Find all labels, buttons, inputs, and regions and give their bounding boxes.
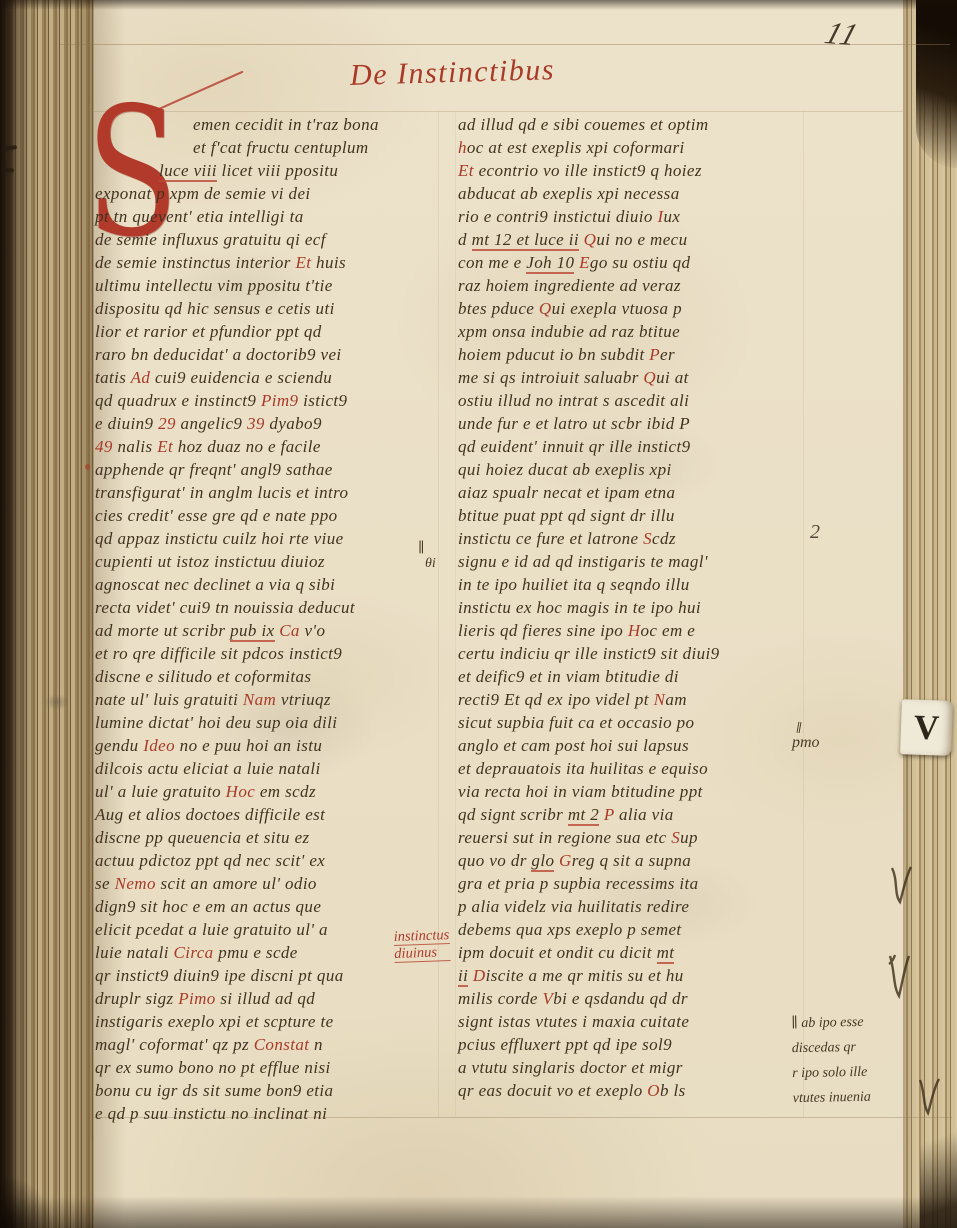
manuscript-line: se Nemo scit an amore ul' odio [95, 872, 447, 895]
manuscript-page-photo: De Instinctibus 11 S emen cecidit in t'r… [0, 0, 957, 1228]
manuscript-line: de semie instinctus interior Et huis [95, 251, 447, 274]
manuscript-line: con me e Joh 10 Ego su ostiu qd [458, 251, 810, 274]
manuscript-line: ipm docuit et ondit cu dicit mt [458, 941, 810, 964]
manuscript-line: unde fur e et latro ut scbr ibid P [458, 412, 810, 435]
manuscript-line: ostiu illud no intrat s ascedit ali [458, 389, 810, 412]
pen-flourish-mark [916, 1075, 942, 1119]
manuscript-line: Aug et alios doctoes difficile est [95, 803, 447, 826]
manuscript-line: me si qs introiuit saluabr Qui at [458, 366, 810, 389]
manuscript-line: debems qua xps exeplo p semet [458, 918, 810, 941]
slash-mark: ∥ [418, 541, 424, 556]
manuscript-line: sicut supbia fuit ca et occasio po [458, 711, 810, 734]
manuscript-line: ul' a luie gratuito Hoc em scdz [95, 780, 447, 803]
manuscript-line: p alia videlz via huilitatis redire [458, 895, 810, 918]
text-column-right: ad illud qd e sibi couemes et optimhoc a… [458, 113, 810, 1102]
manuscript-line: certu indiciu qr ille instict9 sit diui9 [458, 642, 810, 665]
pen-flourish-mark [888, 862, 914, 908]
pen-flourish-mark [886, 952, 912, 1002]
ruling-line-intercolumn-b [455, 111, 456, 1117]
manuscript-line: btes pduce Qui exepla vtuosa p [458, 297, 810, 320]
manuscript-line: lieris qd fieres sine ipo Hoc em e [458, 619, 810, 642]
manuscript-line: emen cecidit in t'raz bona [95, 113, 447, 136]
manuscript-line: Et econtrio vo ille instict9 q hoiez [458, 159, 810, 182]
manuscript-line: hoc at est exeplis xpi coformari [458, 136, 810, 159]
manuscript-line: xpm onsa indubie ad raz btitue [458, 320, 810, 343]
manuscript-line: ultimu intellectu vim ppositu t'tie [95, 274, 447, 297]
margin-note-primo: ∥ pmo [792, 722, 820, 750]
manuscript-line: qd euident' innuit qr ille instict9 [458, 435, 810, 458]
manuscript-line: btitue puat ppt qd signt dr illu [458, 504, 810, 527]
manuscript-line: rio e contri9 instictui diuio Iux [458, 205, 810, 228]
manuscript-line: qd signt scribr mt 2 P alia via [458, 803, 810, 826]
manuscript-line: druplr sigz Pimo si illud ad qd [95, 987, 447, 1010]
manuscript-line: et ro qre difficile sit pdcos instict9 [95, 642, 447, 665]
manuscript-line: quo vo dr glo Greg q sit a supna [458, 849, 810, 872]
manuscript-line: qr ex sumo bono no pt efflue nisi [95, 1056, 447, 1079]
ruling-line-text-top [90, 111, 903, 112]
manuscript-line: in te ipo huiliet ita q seqndo illu [458, 573, 810, 596]
manuscript-line: reuersi sut in regione sua etc Sup [458, 826, 810, 849]
red-ink-speck [85, 464, 90, 470]
manuscript-line: signu e id ad qd instigaris te magl' [458, 550, 810, 573]
manuscript-line: discne e silitudo et coformitas [95, 665, 447, 688]
manuscript-line: abducat ab exeplis xpi necessa [458, 182, 810, 205]
dark-corner-top-right [916, 0, 957, 168]
ruling-line-top [60, 44, 950, 45]
manuscript-line: agnoscat nec declinet a via q sibi [95, 573, 447, 596]
manuscript-line: a vtutu singlaris doctor et migr [458, 1056, 810, 1079]
manuscript-line: recta videt' cui9 tn nouissia deducut [95, 596, 447, 619]
manuscript-line: recti9 Et qd ex ipo videl pt Nam [458, 688, 810, 711]
manuscript-line: aiaz spualr necat et ipam etna [458, 481, 810, 504]
manuscript-line: et deprauatois ita huilitas e equiso [458, 757, 810, 780]
dark-corner-bottom-left [0, 1178, 52, 1228]
manuscript-line: pt tn quevent' etia intelligi ta [95, 205, 447, 228]
manuscript-line: dispositu qd hic sensus e cetis uti [95, 297, 447, 320]
fore-edge-tab-V[interactable]: V [900, 699, 953, 756]
theta-mark: θi [418, 556, 436, 571]
margin-note-bottom-right: ∥ ab ipo esse discedas qr r ipo solo ill… [791, 1009, 921, 1111]
manuscript-line: raz hoiem ingrediente ad veraz [458, 274, 810, 297]
dark-corner-bottom-right [920, 1120, 957, 1228]
manuscript-line: et deific9 et in viam btitudie di [458, 665, 810, 688]
tab-letter: V [913, 707, 940, 748]
manuscript-line: lumine dictat' hoi deu sup oia dili [95, 711, 447, 734]
manuscript-line: lior et rarior et pfundior ppt qd [95, 320, 447, 343]
manuscript-line: transfigurat' in anglm lucis et intro [95, 481, 447, 504]
manuscript-line: qr eas docuit vo et exeplo Ob ls [458, 1079, 810, 1102]
manuscript-line: cupienti ut istoz instictuu diuioz [95, 550, 447, 573]
margin-nota-mark: ∥ θi [418, 541, 436, 571]
manuscript-line: magl' coformat' qz pz Constat n [95, 1033, 447, 1056]
manuscript-line: via recta hoi in viam btitudine ppt [458, 780, 810, 803]
manuscript-line: ad morte ut scribr pub ix Ca v'o [95, 619, 447, 642]
manuscript-line: gendu Ideo no e puu hoi an istu [95, 734, 447, 757]
manuscript-line: dilcois actu eliciat a luie natali [95, 757, 447, 780]
manuscript-line: anglo et cam post hoi sui lapsus [458, 734, 810, 757]
manuscript-line: qd appaz instictu cuilz hoi rte viue [95, 527, 447, 550]
manuscript-line: qr instict9 diuin9 ipe discni pt qua [95, 964, 447, 987]
manuscript-line: pcius effluxert ppt qd ipe sol9 [458, 1033, 810, 1056]
manuscript-line: signt istas vtutes i maxia cuitate [458, 1010, 810, 1033]
manuscript-line: instictu ce fure et latrone Scdz [458, 527, 810, 550]
margin-smudge [44, 694, 70, 710]
manuscript-line: de semie influxus gratuitu qi ecf [95, 228, 447, 251]
manuscript-line: actuu pdictoz ppt qd nec scit' ex [95, 849, 447, 872]
manuscript-line: hoiem pducut io bn subdit Per [458, 343, 810, 366]
manuscript-line: instictu ex hoc magis in te ipo hui [458, 596, 810, 619]
manuscript-line: raro bn deducidat' a doctorib9 vei [95, 343, 447, 366]
margin-red-note-instinctu-divino: instinctus diuinus [393, 927, 450, 963]
page-title: De Instinctibus [350, 53, 556, 93]
manuscript-line: cies credit' esse gre qd e nate ppo [95, 504, 447, 527]
manuscript-line: d mt 12 et luce ii Qui no e mecu [458, 228, 810, 251]
manuscript-line: e qd p suu instictu no inclinat ni [95, 1102, 447, 1125]
manuscript-line: instigaris exeplo xpi et scpture te [95, 1010, 447, 1033]
manuscript-line: 49 nalis Et hoz duaz no e facile [95, 435, 447, 458]
top-edge-shadow [0, 0, 957, 10]
manuscript-line: milis corde Vbi e qsdandu qd dr [458, 987, 810, 1010]
manuscript-line: gra et pria p supbia recessims ita [458, 872, 810, 895]
manuscript-line: tatis Ad cui9 euidencia e sciendu [95, 366, 447, 389]
manuscript-line: discne pp queuencia et situ ez [95, 826, 447, 849]
manuscript-line: exponat p xpm de semie vi dei [95, 182, 447, 205]
manuscript-line: qd quadrux e instinct9 Pim9 istict9 [95, 389, 447, 412]
manuscript-line: ii Discite a me qr mitis su et hu [458, 964, 810, 987]
manuscript-line: dign9 sit hoc e em an actus que [95, 895, 447, 918]
manuscript-line: apphende qr freqnt' angl9 sathae [95, 458, 447, 481]
manuscript-line: bonu cu igr ds sit sume bon9 etia [95, 1079, 447, 1102]
margin-number-2: 2 [810, 521, 820, 544]
manuscript-line: et f'cat fructu centuplum [95, 136, 447, 159]
manuscript-line: luce viii licet viii ppositu [95, 159, 447, 182]
manuscript-line: qui hoiez ducat ab exeplis xpi [458, 458, 810, 481]
folio-number: 11 [821, 15, 865, 53]
manuscript-line: ad illud qd e sibi couemes et optim [458, 113, 810, 136]
text-column-left: emen cecidit in t'raz bonaet f'cat fruct… [95, 113, 447, 1125]
bottom-edge-shadow [0, 1196, 957, 1228]
manuscript-line: nate ul' luis gratuiti Nam vtriuqz [95, 688, 447, 711]
manuscript-line: e diuin9 29 angelic9 39 dyabo9 [95, 412, 447, 435]
